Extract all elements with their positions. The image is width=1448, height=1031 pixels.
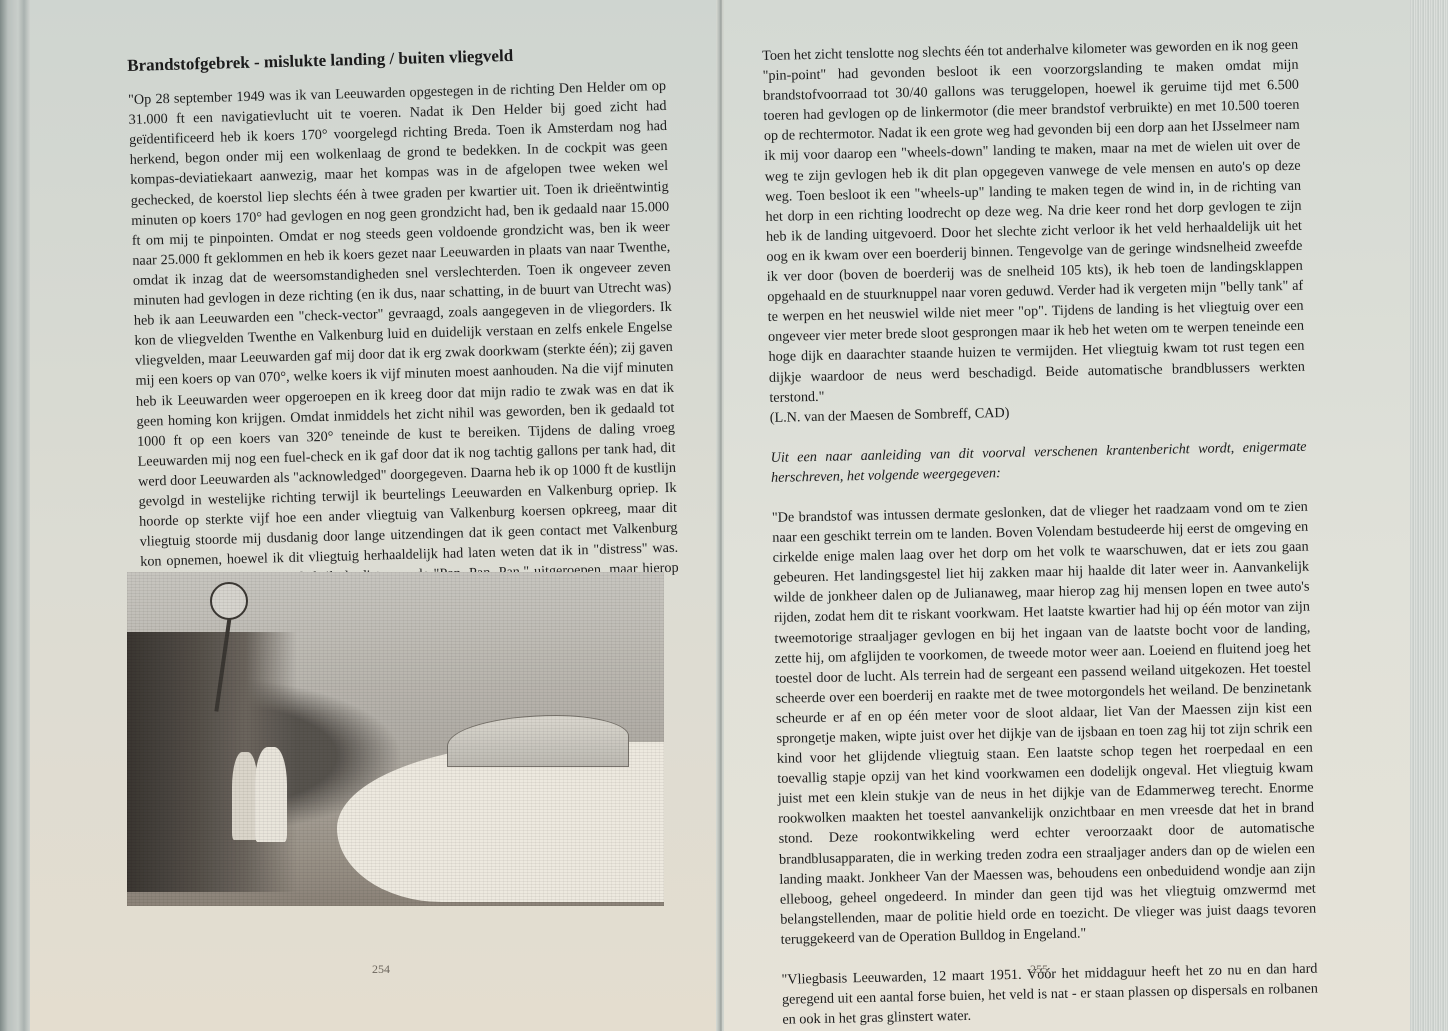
paragraph: "Op 28 september 1949 was ik van Leeuwar… xyxy=(128,76,679,612)
photo-grain xyxy=(127,572,664,906)
page-number-left: 254 xyxy=(372,962,390,977)
photo-crashed-jet xyxy=(127,572,664,906)
page-number-right: 255 xyxy=(1030,962,1048,977)
newspaper-quote: "De brandstof was intussen dermate geslo… xyxy=(772,497,1317,950)
book-edge-right xyxy=(1410,0,1448,1031)
paragraph: Toen het zicht tenslotte nog slechts één… xyxy=(762,35,1305,408)
book-edge-left xyxy=(0,0,34,1031)
book-spread: Brandstofgebrek - mislukte landing / bui… xyxy=(0,0,1448,1031)
closing-paragraph: "Vliegbasis Leeuwarden, 12 maart 1951. V… xyxy=(781,959,1318,1030)
intro-italic: Uit een naar aanleiding van dit voorval … xyxy=(770,436,1307,487)
right-page-text: Toen het zicht tenslotte nog slechts één… xyxy=(762,35,1318,1030)
left-page-text: Brandstofgebrek - mislukte landing / bui… xyxy=(127,42,679,612)
